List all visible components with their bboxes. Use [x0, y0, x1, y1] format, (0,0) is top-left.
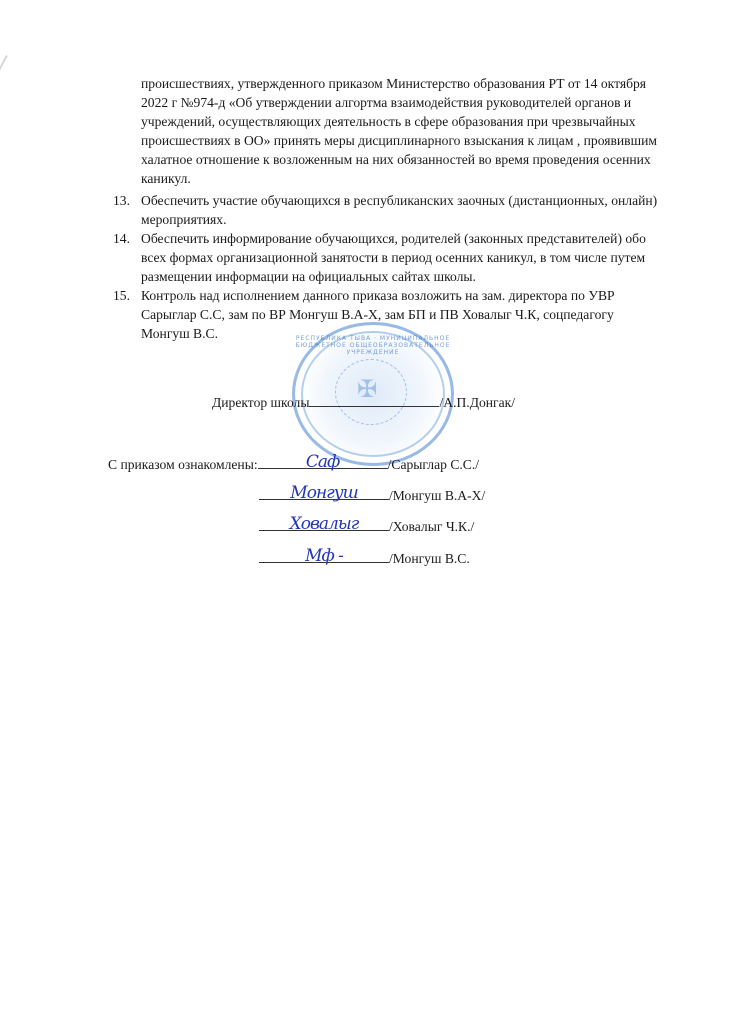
handwritten-signature: Монгуш: [259, 484, 389, 503]
acknowledgement-row: Ховалыг/Ховалыг Ч.К./: [259, 517, 474, 536]
director-name: /А.П.Донгак/: [439, 395, 515, 410]
acknowledgement-label: С приказом ознакомлены:: [108, 457, 258, 472]
handwritten-signature: Мф -: [259, 547, 389, 566]
signature-line: Ховалыг: [259, 518, 389, 531]
director-title: Директор школы: [212, 395, 309, 410]
signatory-name: /Сарыглар С.С./: [388, 457, 479, 472]
stamp-ring-text: РЕСПУБЛИКА ТЫВА · МУНИЦИПАЛЬНОЕ БЮДЖЕТНО…: [295, 335, 451, 356]
signatory-name: /Монгуш В.С.: [389, 551, 470, 566]
signature-line: Саф: [258, 456, 388, 469]
item-text: Обеспечить информирование обучающихся, р…: [141, 229, 665, 286]
signature-line: Мф -: [259, 550, 389, 563]
handwritten-signature: Саф: [258, 453, 388, 472]
item-number: 14.: [113, 229, 141, 286]
acknowledgement-row: Мф -/Монгуш В.С.: [259, 549, 470, 568]
scan-mark: [0, 55, 8, 100]
list-item: 14. Обеспечить информирование обучающихс…: [113, 229, 673, 286]
acknowledgement-row: Монгуш/Монгуш В.А-Х/: [259, 486, 485, 505]
signature-line: [309, 394, 439, 407]
numbered-list: 13. Обеспечить участие обучающихся в рес…: [113, 191, 673, 343]
signature-line: Монгуш: [259, 487, 389, 500]
item-number: 15.: [113, 286, 141, 343]
item-text: Обеспечить участие обучающихся в республ…: [141, 191, 665, 229]
director-signature-row: Директор школы/А.П.Донгак/: [212, 393, 515, 412]
acknowledgement-row: С приказом ознакомлены:Саф/Сарыглар С.С.…: [108, 455, 479, 474]
document-page: происшествиях, утвержденного приказом Ми…: [0, 0, 745, 1024]
signatory-name: /Ховалыг Ч.К./: [389, 519, 474, 534]
handwritten-signature: Ховалыг: [259, 515, 389, 534]
signatory-name: /Монгуш В.А-Х/: [389, 488, 485, 503]
list-item: 13. Обеспечить участие обучающихся в рес…: [113, 191, 673, 229]
item-number: 13.: [113, 191, 141, 229]
continuation-paragraph: происшествиях, утвержденного приказом Ми…: [141, 74, 661, 188]
